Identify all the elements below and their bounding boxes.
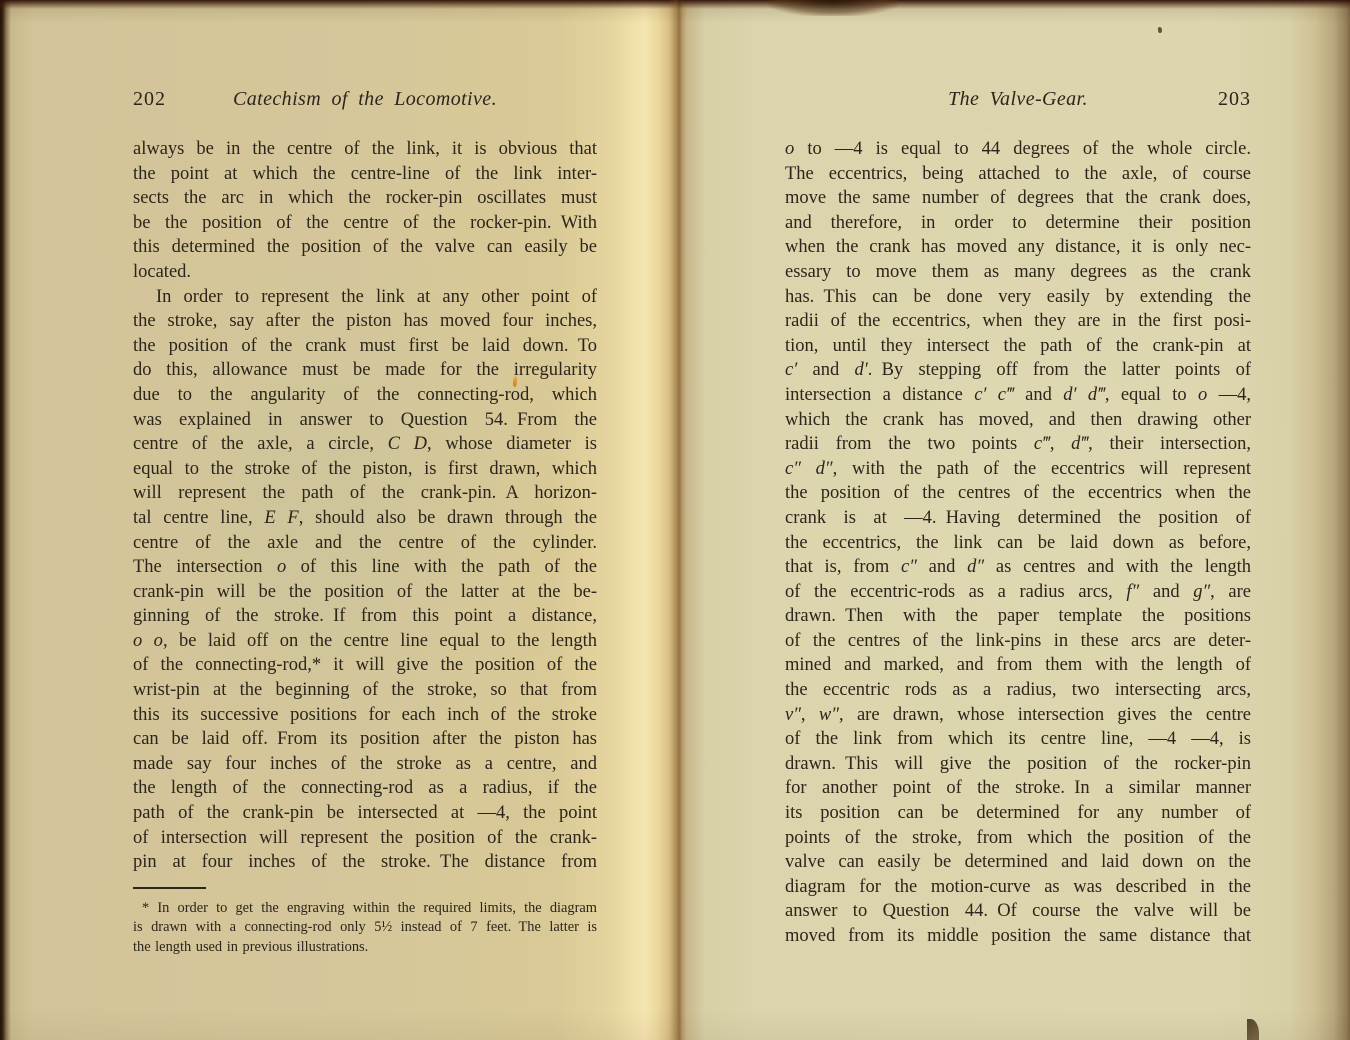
text-line: The intersection o of this line with the… — [133, 555, 597, 580]
text-line: tion, until they intersect the path of t… — [785, 334, 1251, 359]
text-line: the length used in previous illustration… — [133, 938, 597, 958]
text-line: move the same number of degrees that the… — [785, 186, 1251, 211]
text-line: o o, be laid off on the centre line equa… — [133, 629, 597, 654]
text-line: essary to move them as many degrees as t… — [785, 260, 1251, 285]
text-line: made say four inches of the stroke as a … — [133, 752, 597, 777]
corner-speck — [1247, 1019, 1259, 1040]
text-line: radii of the eccentrics, when they are i… — [785, 309, 1251, 334]
left-page-header: 202 Catechism of the Locomotive. — [133, 88, 597, 114]
text-line: drawn. This will give the position of th… — [785, 752, 1251, 777]
text-line: of intersection will represent the posit… — [133, 826, 597, 851]
text-line: be the position of the centre of the roc… — [133, 211, 597, 236]
text-line: is drawn with a connecting-rod only 5½ i… — [133, 918, 597, 938]
text-line: was explained in answer to Question 54. … — [133, 408, 597, 433]
right-running-title: The Valve-Gear. — [785, 88, 1251, 111]
text-line: equal to the stroke of the piston, is fi… — [133, 457, 597, 482]
left-page: 202 Catechism of the Locomotive. always … — [133, 88, 597, 958]
text-line: this determined the position of the valv… — [133, 235, 597, 260]
text-line: The eccentrics, being attached to the ax… — [785, 162, 1251, 187]
right-page: The Valve-Gear. 203 o to —4 is equal to … — [785, 88, 1251, 949]
gutter-top-shadow — [768, 0, 898, 16]
text-line: centre of the axle, a circle, C D, whose… — [133, 432, 597, 457]
text-line: crank is at —4. Having determined the po… — [785, 506, 1251, 531]
text-line: tal centre line, E F, should also be dra… — [133, 506, 597, 531]
text-line: this its successive positions for each i… — [133, 703, 597, 728]
text-line: that is, from c″ and d″ as centres and w… — [785, 555, 1251, 580]
text-line: diagram for the motion-curve as was desc… — [785, 875, 1251, 900]
right-page-header: The Valve-Gear. 203 — [785, 88, 1251, 114]
ink-speck — [1158, 27, 1162, 33]
text-line: always be in the centre of the link, it … — [133, 137, 597, 162]
text-line: do this, allowance must be made for the … — [133, 358, 597, 383]
footnote-rule — [133, 887, 206, 889]
gutter-shadow — [668, 0, 686, 1040]
left-running-title: Catechism of the Locomotive. — [133, 88, 597, 111]
text-line: o to —4 is equal to 44 degrees of the wh… — [785, 137, 1251, 162]
text-line: its position can be determined for any n… — [785, 801, 1251, 826]
text-line: of the centres of the link-pins in these… — [785, 629, 1251, 654]
text-line: the stroke, say after the piston has mov… — [133, 309, 597, 334]
text-line: of the connecting-rod,* it will give the… — [133, 653, 597, 678]
text-line: due to the angularity of the connecting-… — [133, 383, 597, 408]
text-line: and therefore, in order to determine the… — [785, 211, 1251, 236]
text-line: moved from its middle position the same … — [785, 924, 1251, 949]
text-line: has. This can be done very easily by ext… — [785, 285, 1251, 310]
text-line: the eccentric rods as a radius, two inte… — [785, 678, 1251, 703]
text-line: the position of the crank must first be … — [133, 334, 597, 359]
right-page-number: 203 — [1218, 88, 1251, 111]
text-line: path of the crank-pin be intersected at … — [133, 801, 597, 826]
text-line: wrist-pin at the beginning of the stroke… — [133, 678, 597, 703]
text-line: the position of the centres of the eccen… — [785, 481, 1251, 506]
text-line: answer to Question 44. Of course the val… — [785, 899, 1251, 924]
footnote: * In order to get the engraving within t… — [133, 899, 597, 958]
text-line: of the link from which its centre line, … — [785, 727, 1251, 752]
text-line: the point at which the centre-line of th… — [133, 162, 597, 187]
text-line: sects the arc in which the rocker-pin os… — [133, 186, 597, 211]
text-line: valve can easily be determined and laid … — [785, 850, 1251, 875]
text-line: for another point of the stroke. In a si… — [785, 776, 1251, 801]
text-line: the eccentrics, the link can be laid dow… — [785, 531, 1251, 556]
text-line: the length of the connecting-rod as a ra… — [133, 776, 597, 801]
text-line: pin at four inches of the stroke. The di… — [133, 850, 597, 875]
text-line: which the crank has moved, and then draw… — [785, 408, 1251, 433]
left-text-column: always be in the centre of the link, it … — [133, 137, 597, 875]
book-spread: 202 Catechism of the Locomotive. always … — [0, 0, 1350, 1040]
text-line: when the crank has moved any distance, i… — [785, 235, 1251, 260]
text-line: radii from the two points c‴, d‴, their … — [785, 432, 1251, 457]
text-line: of the eccentric-rods as a radius arcs, … — [785, 580, 1251, 605]
text-line: crank-pin will be the position of the la… — [133, 580, 597, 605]
text-line: v″, w″, are drawn, whose intersection gi… — [785, 703, 1251, 728]
text-line: c″ d″, with the path of the eccentrics w… — [785, 457, 1251, 482]
text-line: will represent the path of the crank-pin… — [133, 481, 597, 506]
text-line: In order to represent the link at any ot… — [133, 285, 597, 310]
text-line: located. — [133, 260, 597, 285]
text-line: centre of the axle and the centre of the… — [133, 531, 597, 556]
text-line: c′ and d′. By stepping off from the latt… — [785, 358, 1251, 383]
text-line: can be laid off. From its position after… — [133, 727, 597, 752]
text-line: drawn. Then with the paper template the … — [785, 604, 1251, 629]
text-line: intersection a distance c′ c‴ and d′ d‴,… — [785, 383, 1251, 408]
text-line: points of the stroke, from which the pos… — [785, 826, 1251, 851]
text-line: mined and marked, and from them with the… — [785, 653, 1251, 678]
right-text-column: o to —4 is equal to 44 degrees of the wh… — [785, 137, 1251, 949]
text-line: * In order to get the engraving within t… — [133, 899, 597, 919]
text-line: ginning of the stroke. If from this poin… — [133, 604, 597, 629]
